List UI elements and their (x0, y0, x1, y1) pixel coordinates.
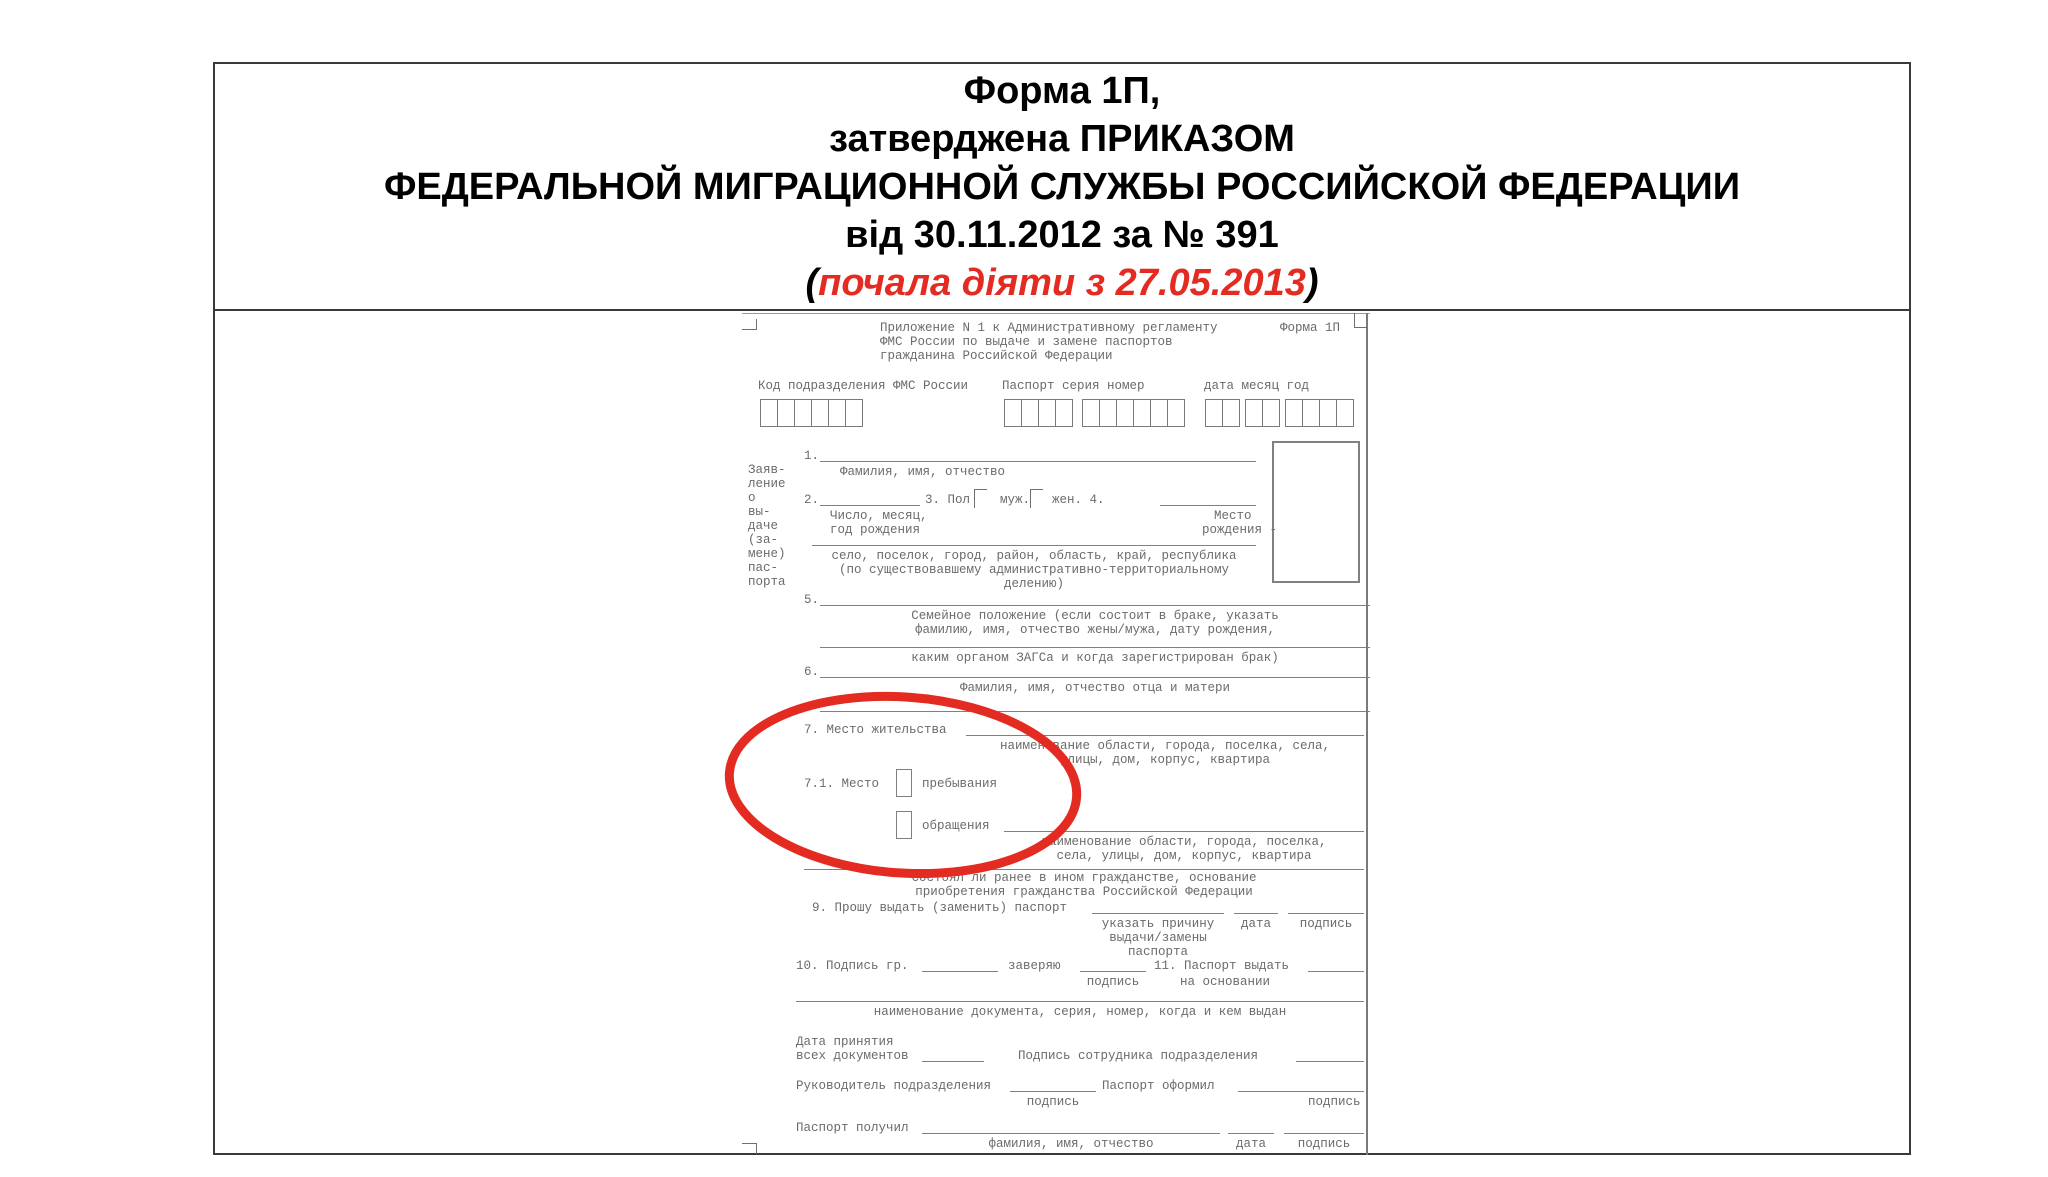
crop-mark-bl (742, 1143, 757, 1154)
field-10-sign-line[interactable] (922, 971, 998, 972)
head-label: Руководитель подразделения (796, 1079, 991, 1093)
field-6-line-2[interactable] (820, 711, 1370, 712)
appendix-line-3: гражданина Российской Федерации (880, 349, 1113, 363)
field-1-number: 1. (804, 449, 819, 463)
male-checkbox[interactable] (974, 489, 987, 508)
field-6-number: 6. (804, 665, 819, 679)
accept-date-line[interactable] (922, 1061, 984, 1062)
effective-date-note: (почала діяти з 27.05.2013) (215, 259, 1909, 307)
field-10-label: 10. Подпись гр. (796, 959, 909, 973)
received-label: Паспорт получил (796, 1121, 909, 1135)
field-9-label: 9. Прошу выдать (заменить) паспорт (812, 901, 1067, 915)
month-cells[interactable] (1245, 399, 1280, 427)
appendix-line-2: ФМС России по выдаче и замене паспортов (880, 335, 1173, 349)
field-9-reason-line[interactable] (1092, 913, 1224, 914)
field-6-line[interactable] (820, 677, 1370, 678)
series-cells[interactable] (1004, 399, 1073, 427)
field-7-1-line[interactable] (1004, 831, 1364, 832)
number-cells[interactable] (1082, 399, 1185, 427)
form-label: Форма 1П (1280, 321, 1340, 335)
field-9-date-line[interactable] (1234, 913, 1278, 914)
document-header: Форма 1П, затверджена ПРИКАЗОМ ФЕДЕРАЛЬН… (215, 64, 1909, 311)
document-line[interactable] (796, 1001, 1364, 1002)
female-checkbox[interactable] (1030, 489, 1043, 508)
head-sign-line[interactable] (1010, 1091, 1096, 1092)
field-11-label: 11. Паспорт выдать (1154, 959, 1289, 973)
approved-by: затверджена ПРИКАЗОМ (215, 115, 1909, 163)
application-place-checkbox[interactable] (896, 811, 912, 839)
received-name-line[interactable] (922, 1133, 1220, 1134)
date-label: дата месяц год (1204, 379, 1309, 393)
field-7-line[interactable] (966, 735, 1364, 736)
issued-by-line[interactable] (1238, 1091, 1364, 1092)
stay-option-label: пребывания (922, 777, 997, 791)
received-date-line[interactable] (1228, 1133, 1274, 1134)
field-1-line[interactable] (820, 461, 1256, 462)
field-2-number: 2. (804, 493, 819, 507)
field-5-line-2[interactable] (820, 647, 1370, 648)
field-9-sign-line[interactable] (1288, 913, 1364, 914)
day-cells[interactable] (1205, 399, 1240, 427)
field-7-label: 7. Место жительства (804, 723, 947, 737)
order-number: від 30.11.2012 за № 391 (215, 211, 1909, 259)
field-8-line[interactable] (804, 869, 1364, 870)
field-7-1-label: 7.1. Место (804, 777, 879, 791)
agency-name: ФЕДЕРАЛЬНОЙ МИГРАЦИОННОЙ СЛУЖБЫ РОССИЙСК… (215, 163, 1909, 211)
field-5-number: 5. (804, 593, 819, 607)
crop-mark-tl (742, 319, 757, 330)
code-label: Код подразделения ФМС России (758, 379, 968, 393)
field-4-line[interactable] (1160, 505, 1256, 506)
field-5-line[interactable] (820, 605, 1370, 606)
field-2-line[interactable] (820, 505, 920, 506)
field-10-certify-line[interactable] (1080, 971, 1146, 972)
application-place-label: обращения (922, 819, 990, 833)
field-11-line[interactable] (1308, 971, 1364, 972)
field-1-caption: Фамилия, имя, отчество (840, 465, 1005, 479)
birthplace-line[interactable] (812, 545, 1256, 546)
received-sign-line[interactable] (1284, 1133, 1364, 1134)
code-cells[interactable] (760, 399, 863, 427)
passport-label: Паспорт серия номер (1002, 379, 1145, 393)
staff-sign-line[interactable] (1296, 1061, 1364, 1062)
crop-mark-tr (1354, 313, 1367, 328)
accept-date-label: всех документов (796, 1049, 909, 1063)
effective-date: почала діяти з 27.05.2013 (818, 262, 1306, 304)
appendix-line-1: Приложение N 1 к Административному регла… (880, 321, 1218, 335)
form-title: Форма 1П, (215, 67, 1909, 115)
form-1p-scan: Приложение N 1 к Административному регла… (742, 313, 1370, 1155)
field-3-label: 3. Пол (925, 493, 970, 507)
year-cells[interactable] (1285, 399, 1354, 427)
stay-checkbox[interactable] (896, 769, 912, 797)
photo-box (1272, 441, 1360, 583)
